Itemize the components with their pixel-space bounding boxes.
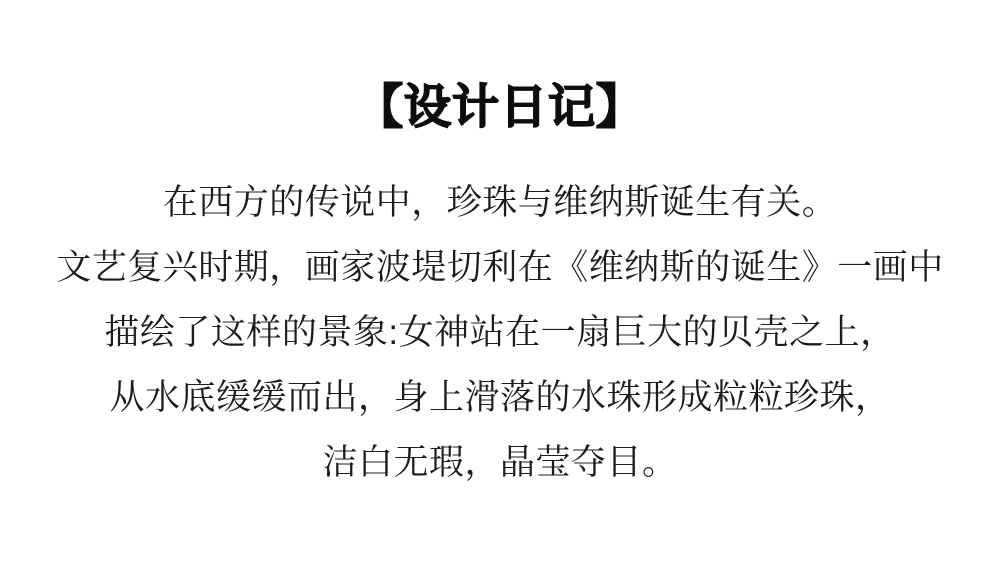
body-line-3: 描绘了这样的景象:女神站在一扇巨大的贝壳之上，	[0, 300, 1000, 365]
body-line-4: 从水底缓缓而出，身上滑落的水珠形成粒粒珍珠，	[0, 365, 1000, 430]
design-diary-card: 【设计日记】 在西方的传说中，珍珠与维纳斯诞生有关。 文艺复兴时期，画家波堤切利…	[0, 0, 1000, 577]
body-line-2: 文艺复兴时期，画家波堤切利在《维纳斯的诞生》一画中	[0, 235, 1000, 300]
body-line-1: 在西方的传说中，珍珠与维纳斯诞生有关。	[0, 170, 1000, 235]
page-title: 【设计日记】	[0, 83, 1000, 130]
body-text-block: 在西方的传说中，珍珠与维纳斯诞生有关。 文艺复兴时期，画家波堤切利在《维纳斯的诞…	[0, 170, 1000, 495]
body-line-5: 洁白无瑕，晶莹夺目。	[0, 430, 1000, 495]
